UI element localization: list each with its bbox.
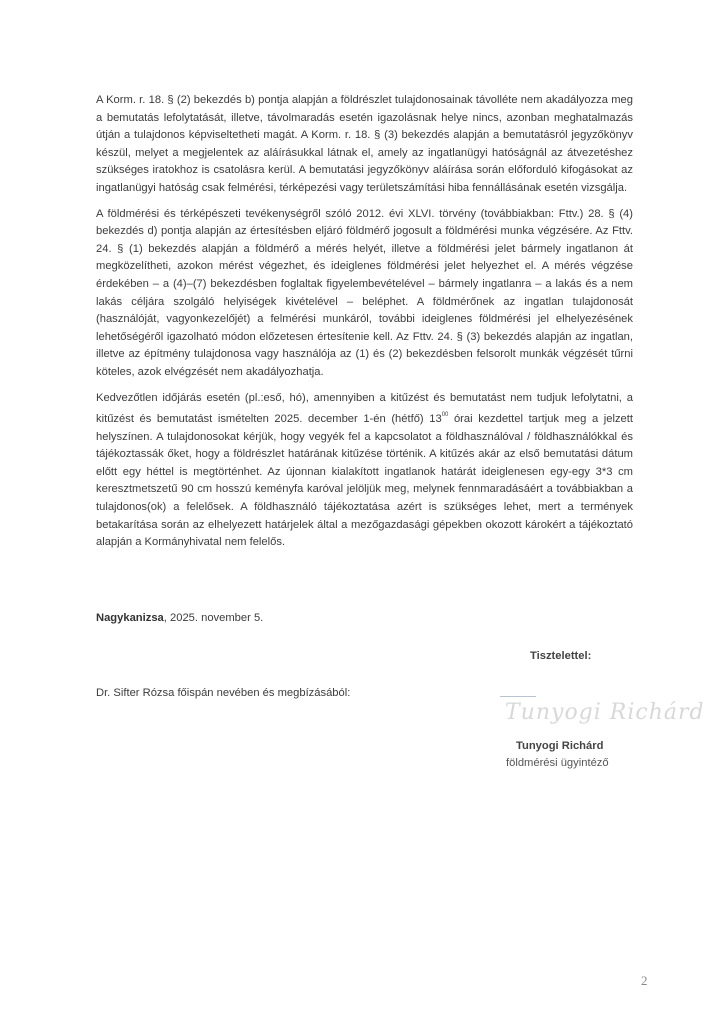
handwritten-signature: Tunyogi Richárd <box>505 700 685 740</box>
signer-name: Tunyogi Richárd <box>516 740 603 752</box>
on-behalf-line: Dr. Sifter Rózsa főispán nevében és megb… <box>96 687 350 699</box>
place-name: Nagykanizsa <box>96 612 164 624</box>
signer-title: földmérési ügyintéző <box>506 757 609 769</box>
document-page: A Korm. r. 18. § (2) bekezdés b) pontja … <box>0 0 724 1024</box>
paragraph-weather-rescheduling: Kedvezőtlen időjárás esetén (pl.:eső, hó… <box>96 390 633 552</box>
document-body: A Korm. r. 18. § (2) bekezdés b) pontja … <box>96 92 633 560</box>
place-and-date: Nagykanizsa, 2025. november 5. <box>96 612 263 624</box>
date: , 2025. november 5. <box>164 612 264 624</box>
page-number: 2 <box>641 973 648 989</box>
signature-stroke <box>500 696 536 697</box>
paragraph-presentation-rules: A Korm. r. 18. § (2) bekezdés b) pontja … <box>96 92 633 198</box>
paragraph-surveyor-rights: A földmérési és térképészeti tevékenység… <box>96 206 633 382</box>
closing-greeting: Tisztelettel: <box>530 650 591 662</box>
